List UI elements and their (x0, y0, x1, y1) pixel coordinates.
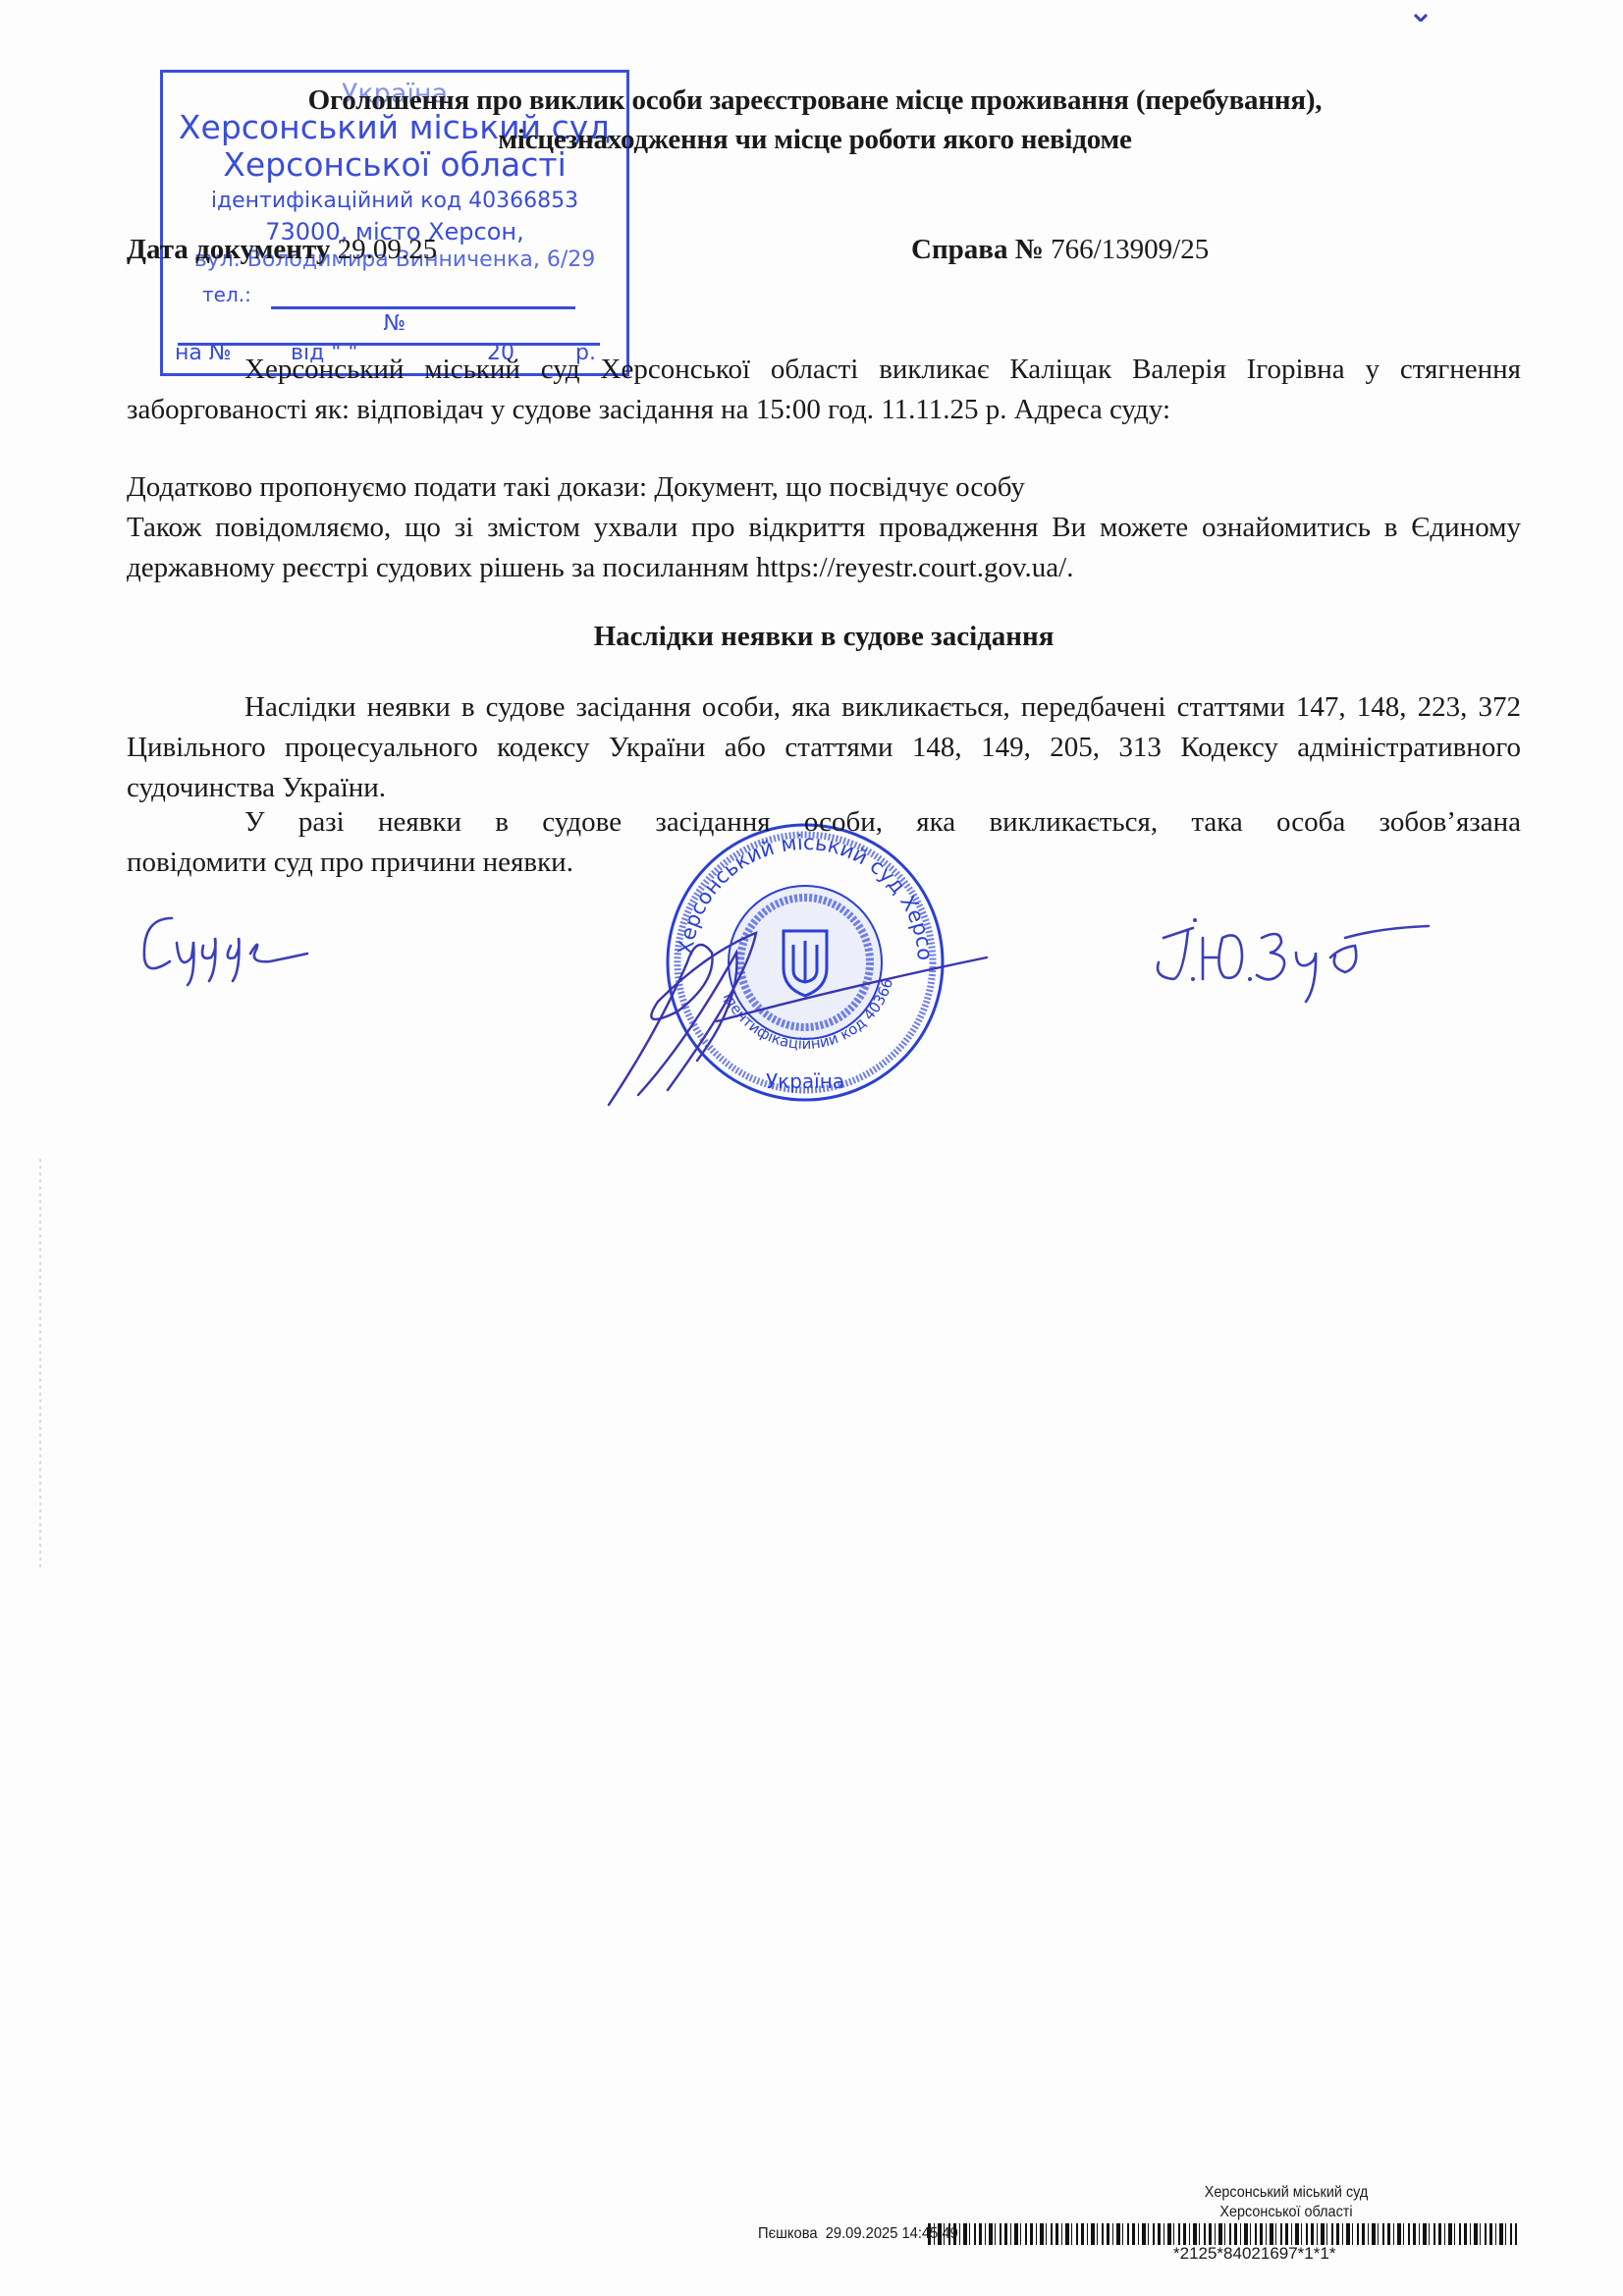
document-page: Україна Херсонський міський суд Херсонсь… (0, 0, 1623, 2296)
case-value: 766/13909/25 (1051, 234, 1209, 265)
signature-judge-label (133, 899, 329, 987)
consequences-heading: Наслідки неявки в судове засідання (127, 621, 1521, 653)
date-value: 29.09.25 (338, 234, 438, 265)
consequences-paragraph-1: Наслідки неявки в судове засідання особи… (127, 687, 1521, 808)
barcode-icon (928, 2223, 1517, 2245)
case-number: Справа № 766/13909/25 (911, 234, 1209, 266)
consequences-paragraph-2-line-1: У разі неявки в судове засідання особи, … (127, 802, 1521, 843)
footer-court-line-2: Херсонської області (1163, 2203, 1410, 2222)
signature-name (1134, 908, 1448, 1016)
stamp-id-code: ідентифікаційний код 40366853 (163, 189, 626, 213)
stamp-number-line (178, 343, 600, 346)
case-label: Справа № (911, 234, 1044, 265)
stamp-tel-label: тел.: (202, 283, 251, 306)
judge-signature (599, 894, 992, 1110)
summons-paragraph: Херсонський міський суд Херсонської обла… (127, 350, 1521, 430)
consequences-paragraph-2: У разі неявки в судове засідання особи, … (127, 802, 1521, 883)
document-date: Дата документу 29.09.25 (127, 234, 437, 266)
barcode-number: *2125*84021697*1*1* (1173, 2244, 1335, 2264)
consequences-paragraph-2-line-2: повідомити суд про причини неявки. (127, 847, 573, 878)
date-label: Дата документу (127, 234, 330, 265)
title-line-1: Оголошення про виклик особи зареєстрован… (128, 81, 1502, 120)
scan-artifact (39, 1159, 41, 1571)
footer-clerk: Пєшкова (758, 2225, 818, 2242)
document-title: Оголошення про виклик особи зареєстрован… (128, 81, 1502, 159)
title-line-2: місцезнаходження чи місце роботи якого н… (128, 120, 1502, 159)
stamp-tel-line (271, 306, 575, 309)
stamp-number-label: № (163, 311, 626, 336)
footer-court-line-1: Херсонський міський суд (1163, 2183, 1410, 2203)
footer-court-name: Херсонський міський суд Херсонської обла… (1163, 2183, 1410, 2222)
evidence-line: Додатково пропонуємо подати такі докази:… (127, 467, 1521, 508)
ink-mark-icon (1414, 14, 1428, 22)
registry-info-paragraph: Також повідомляємо, що зі змістом ухвали… (127, 508, 1521, 588)
